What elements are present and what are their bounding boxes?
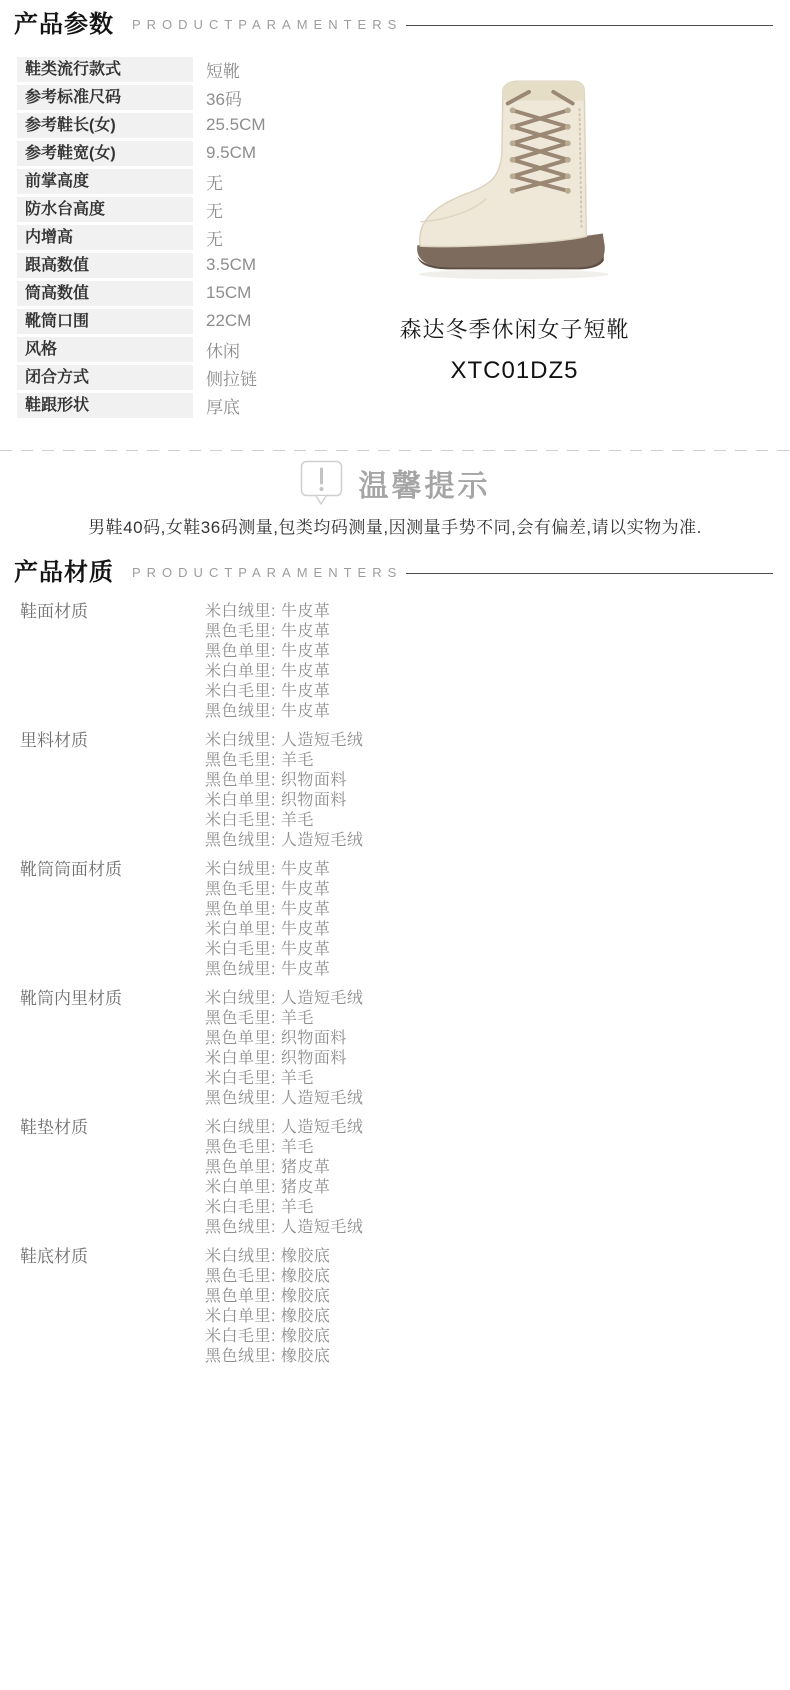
param-value: 厚底 xyxy=(193,393,240,418)
param-label: 闭合方式 xyxy=(17,365,193,390)
product-photo-boot xyxy=(402,55,627,283)
material-line: 米白单里: 猪皮革 xyxy=(205,1178,363,1198)
material-line: 黑色绒里: 人造短毛绒 xyxy=(205,1089,363,1109)
param-label: 前掌高度 xyxy=(17,169,193,194)
param-label: 鞋类流行款式 xyxy=(17,57,193,82)
material-line: 黑色单里: 牛皮革 xyxy=(205,900,330,920)
material-line: 米白绒里: 橡胶底 xyxy=(205,1247,330,1267)
param-value: 无 xyxy=(193,169,223,194)
material-line: 米白绒里: 人造短毛绒 xyxy=(205,731,363,751)
param-row: 防水台高度无 xyxy=(17,195,369,223)
material-line: 黑色单里: 织物面料 xyxy=(205,771,363,791)
header-rule xyxy=(406,573,773,574)
param-value: 侧拉链 xyxy=(193,365,257,390)
param-label: 参考标准尺码 xyxy=(17,85,193,110)
material-line: 米白单里: 牛皮革 xyxy=(205,662,330,682)
param-label: 跟高数值 xyxy=(17,253,193,278)
material-line: 黑色绒里: 人造短毛绒 xyxy=(205,1218,363,1238)
param-value: 无 xyxy=(193,225,223,250)
param-row: 参考标准尺码36码 xyxy=(17,83,369,111)
params-section-title: 产品参数 xyxy=(14,12,114,38)
param-value: 休闲 xyxy=(193,337,240,362)
material-label: 鞋面材质 xyxy=(20,602,205,722)
material-values: 米白绒里: 人造短毛绒黑色毛里: 羊毛黑色单里: 猪皮革米白单里: 猪皮革米白毛… xyxy=(205,1118,363,1238)
material-line: 米白单里: 橡胶底 xyxy=(205,1307,330,1327)
material-line: 米白毛里: 橡胶底 xyxy=(205,1327,330,1347)
material-line: 米白毛里: 羊毛 xyxy=(205,1069,363,1089)
tips-title: 温馨提示 xyxy=(359,461,491,505)
materials-section-title: 产品材质 xyxy=(14,560,114,586)
material-line: 黑色毛里: 牛皮革 xyxy=(205,880,330,900)
param-label: 筒高数值 xyxy=(17,281,193,306)
material-line: 米白绒里: 人造短毛绒 xyxy=(205,1118,363,1138)
param-value: 25.5CM xyxy=(193,115,266,135)
material-line: 米白毛里: 牛皮革 xyxy=(205,940,330,960)
material-line: 黑色绒里: 牛皮革 xyxy=(205,702,330,722)
top-area: 鞋类流行款式短靴参考标准尺码36码参考鞋长(女)25.5CM参考鞋宽(女)9.5… xyxy=(0,55,790,419)
material-values: 米白绒里: 牛皮革黑色毛里: 牛皮革黑色单里: 牛皮革米白单里: 牛皮革米白毛里… xyxy=(205,602,330,722)
params-table: 鞋类流行款式短靴参考标准尺码36码参考鞋长(女)25.5CM参考鞋宽(女)9.5… xyxy=(17,55,369,419)
param-value: 3.5CM xyxy=(193,255,256,275)
param-value: 无 xyxy=(193,197,223,222)
product-name: 森达冬季休闲女子短靴 xyxy=(399,313,629,344)
material-line: 黑色单里: 织物面料 xyxy=(205,1029,363,1049)
material-block: 靴筒内里材质米白绒里: 人造短毛绒黑色毛里: 羊毛黑色单里: 织物面料米白单里:… xyxy=(20,989,790,1109)
boot-illustration-icon xyxy=(402,55,627,283)
material-line: 米白绒里: 牛皮革 xyxy=(205,860,330,880)
material-line: 黑色绒里: 人造短毛绒 xyxy=(205,831,363,851)
param-row: 风格休闲 xyxy=(17,335,369,363)
material-block: 鞋底材质米白绒里: 橡胶底黑色毛里: 橡胶底黑色单里: 橡胶底米白单里: 橡胶底… xyxy=(20,1247,790,1367)
param-row: 内增高无 xyxy=(17,223,369,251)
material-block: 鞋面材质米白绒里: 牛皮革黑色毛里: 牛皮革黑色单里: 牛皮革米白单里: 牛皮革… xyxy=(20,602,790,722)
param-row: 参考鞋长(女)25.5CM xyxy=(17,111,369,139)
param-label: 参考鞋长(女) xyxy=(17,113,193,138)
param-row: 参考鞋宽(女)9.5CM xyxy=(17,139,369,167)
param-label: 鞋跟形状 xyxy=(17,393,193,418)
param-value: 22CM xyxy=(193,311,251,331)
material-line: 黑色毛里: 羊毛 xyxy=(205,751,363,771)
param-row: 跟高数值3.5CM xyxy=(17,251,369,279)
material-block: 鞋垫材质米白绒里: 人造短毛绒黑色毛里: 羊毛黑色单里: 猪皮革米白单里: 猪皮… xyxy=(20,1118,790,1238)
param-value: 短靴 xyxy=(193,57,240,82)
param-value: 15CM xyxy=(193,283,251,303)
material-values: 米白绒里: 牛皮革黑色毛里: 牛皮革黑色单里: 牛皮革米白单里: 牛皮革米白毛里… xyxy=(205,860,330,980)
material-line: 米白单里: 牛皮革 xyxy=(205,920,330,940)
param-value: 9.5CM xyxy=(193,143,256,163)
material-label: 靴筒筒面材质 xyxy=(20,860,205,980)
material-block: 靴筒筒面材质米白绒里: 牛皮革黑色毛里: 牛皮革黑色单里: 牛皮革米白单里: 牛… xyxy=(20,860,790,980)
material-line: 米白毛里: 牛皮革 xyxy=(205,682,330,702)
material-line: 黑色绒里: 牛皮革 xyxy=(205,960,330,980)
param-value: 36码 xyxy=(193,85,242,110)
tips-text: 男鞋40码,女鞋36码测量,包类均码测量,因测量手势不同,会有偏差,请以实物为准… xyxy=(0,513,790,538)
material-line: 黑色单里: 猪皮革 xyxy=(205,1158,363,1178)
param-label: 内增高 xyxy=(17,225,193,250)
material-line: 米白绒里: 牛皮革 xyxy=(205,602,330,622)
material-label: 里料材质 xyxy=(20,731,205,851)
product-panel: 森达冬季休闲女子短靴 XTC01DZ5 xyxy=(369,55,790,419)
param-row: 鞋跟形状厚底 xyxy=(17,391,369,419)
param-row: 闭合方式侧拉链 xyxy=(17,363,369,391)
param-label: 防水台高度 xyxy=(17,197,193,222)
material-label: 鞋垫材质 xyxy=(20,1118,205,1238)
materials-section-subtitle: PRODUCTPARAMENTERS xyxy=(132,560,402,586)
materials-section-header: 产品材质 PRODUCTPARAMENTERS xyxy=(0,548,790,586)
material-line: 黑色单里: 橡胶底 xyxy=(205,1287,330,1307)
param-row: 前掌高度无 xyxy=(17,167,369,195)
param-label: 靴筒口围 xyxy=(17,309,193,334)
material-values: 米白绒里: 人造短毛绒黑色毛里: 羊毛黑色单里: 织物面料米白单里: 织物面料米… xyxy=(205,989,363,1109)
product-model: XTC01DZ5 xyxy=(450,357,578,385)
material-line: 黑色单里: 牛皮革 xyxy=(205,642,330,662)
tips-header: 温馨提示 xyxy=(0,460,790,506)
material-label: 靴筒内里材质 xyxy=(20,989,205,1109)
param-row: 筒高数值15CM xyxy=(17,279,369,307)
material-values: 米白绒里: 橡胶底黑色毛里: 橡胶底黑色单里: 橡胶底米白单里: 橡胶底米白毛里… xyxy=(205,1247,330,1367)
material-values: 米白绒里: 人造短毛绒黑色毛里: 羊毛黑色单里: 织物面料米白单里: 织物面料米… xyxy=(205,731,363,851)
params-section-subtitle: PRODUCTPARAMENTERS xyxy=(132,12,402,38)
material-block: 里料材质米白绒里: 人造短毛绒黑色毛里: 羊毛黑色单里: 织物面料米白单里: 织… xyxy=(20,731,790,851)
exclamation-bubble-icon xyxy=(300,460,344,506)
material-line: 米白单里: 织物面料 xyxy=(205,1049,363,1069)
param-label: 参考鞋宽(女) xyxy=(17,141,193,166)
product-detail-page: 产品参数 PRODUCTPARAMENTERS 鞋类流行款式短靴参考标准尺码36… xyxy=(0,0,790,1367)
param-row: 鞋类流行款式短靴 xyxy=(17,55,369,83)
material-line: 米白毛里: 羊毛 xyxy=(205,811,363,831)
material-line: 黑色毛里: 牛皮革 xyxy=(205,622,330,642)
material-line: 米白单里: 织物面料 xyxy=(205,791,363,811)
params-section-header: 产品参数 PRODUCTPARAMENTERS xyxy=(0,0,790,38)
materials-list: 鞋面材质米白绒里: 牛皮革黑色毛里: 牛皮革黑色单里: 牛皮革米白单里: 牛皮革… xyxy=(0,602,790,1367)
material-line: 黑色毛里: 羊毛 xyxy=(205,1138,363,1158)
material-label: 鞋底材质 xyxy=(20,1247,205,1367)
material-line: 黑色绒里: 橡胶底 xyxy=(205,1347,330,1367)
param-row: 靴筒口围22CM xyxy=(17,307,369,335)
dashed-divider xyxy=(0,450,790,451)
material-line: 米白绒里: 人造短毛绒 xyxy=(205,989,363,1009)
material-line: 黑色毛里: 橡胶底 xyxy=(205,1267,330,1287)
param-label: 风格 xyxy=(17,337,193,362)
header-rule xyxy=(406,25,773,26)
material-line: 黑色毛里: 羊毛 xyxy=(205,1009,363,1029)
material-line: 米白毛里: 羊毛 xyxy=(205,1198,363,1218)
